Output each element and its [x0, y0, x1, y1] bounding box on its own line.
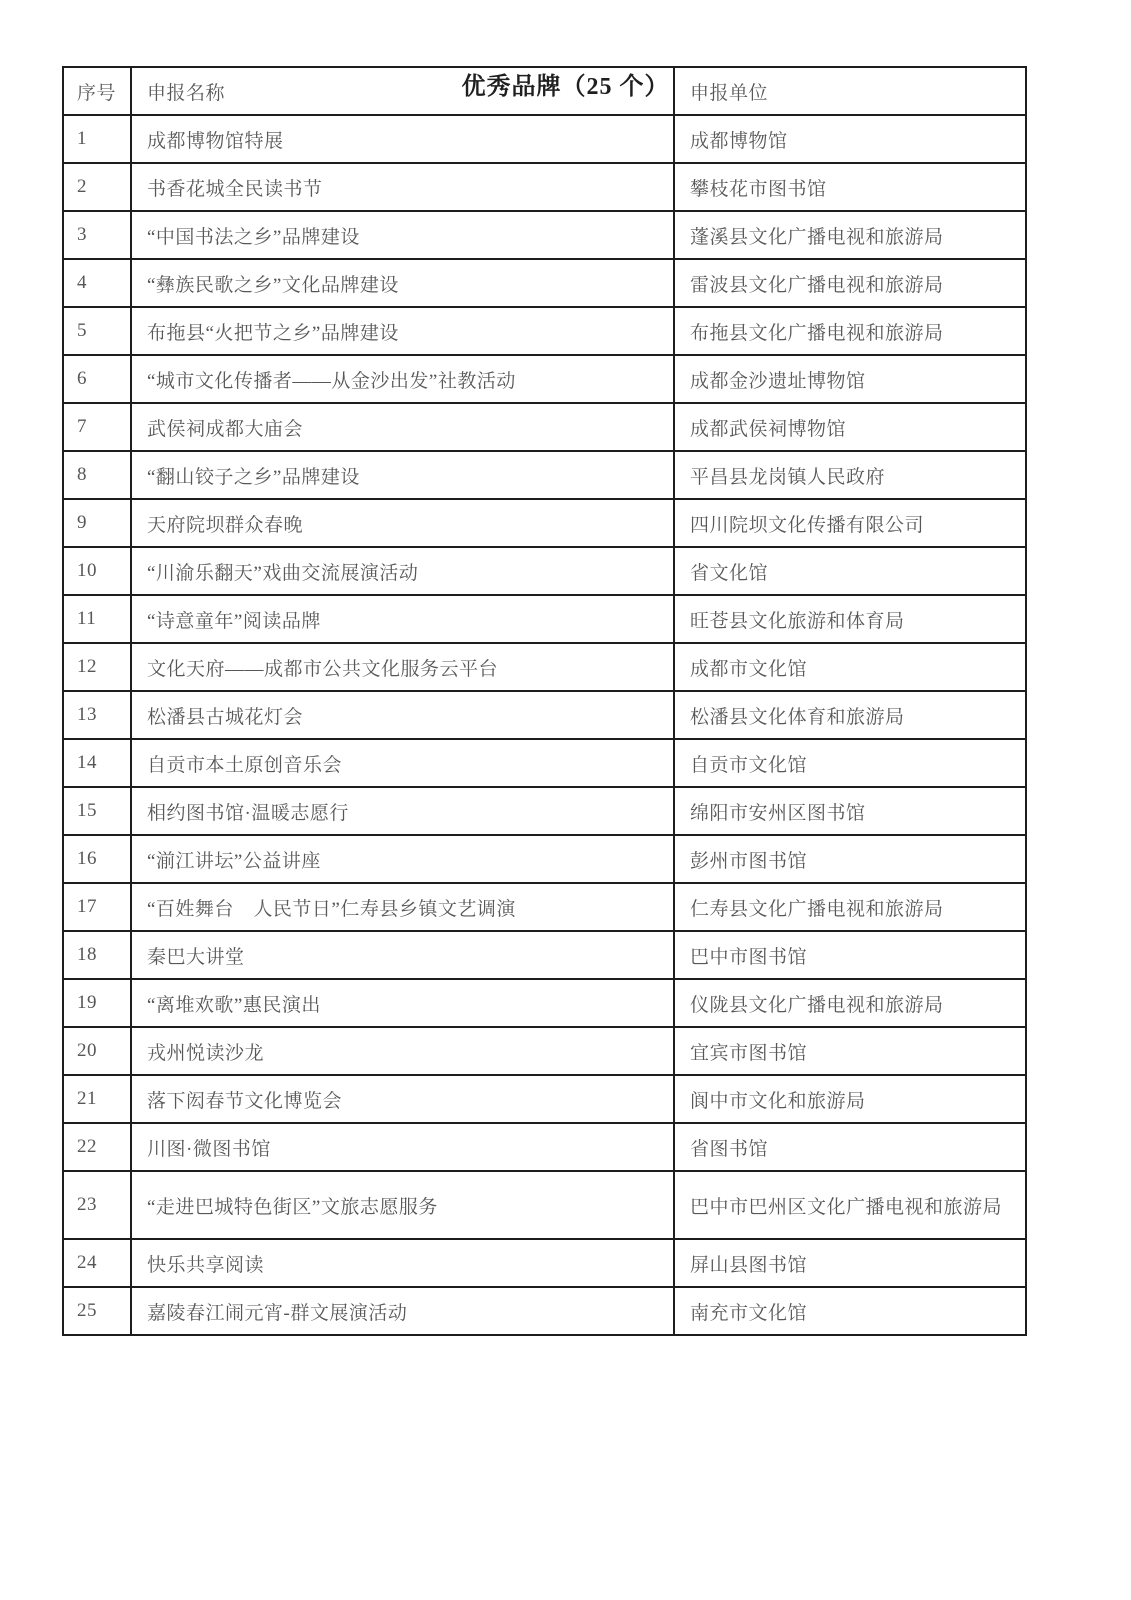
- table-row: 10“川渝乐翻天”戏曲交流展演活动省文化馆: [63, 547, 1026, 595]
- table-row: 22川图·微图书馆省图书馆: [63, 1123, 1026, 1171]
- report-name-cell: 自贡市本土原创音乐会: [131, 739, 674, 787]
- report-unit-cell: 平昌县龙岗镇人民政府: [674, 451, 1026, 499]
- row-number-cell: 1: [63, 115, 131, 163]
- header-cell-number: 序号: [63, 67, 131, 115]
- report-unit-cell: 雷波县文化广播电视和旅游局: [674, 259, 1026, 307]
- table-row: 5布拖县“火把节之乡”品牌建设布拖县文化广播电视和旅游局: [63, 307, 1026, 355]
- row-number-cell: 4: [63, 259, 131, 307]
- table-row: 13松潘县古城花灯会松潘县文化体育和旅游局: [63, 691, 1026, 739]
- table-body: 1成都博物馆特展成都博物馆2书香花城全民读书节攀枝花市图书馆3“中国书法之乡”品…: [63, 115, 1026, 1335]
- row-number-cell: 2: [63, 163, 131, 211]
- report-unit-cell: 省图书馆: [674, 1123, 1026, 1171]
- header-cell-unit: 申报单位: [674, 67, 1026, 115]
- table-row: 17“百姓舞台 人民节日”仁寿县乡镇文艺调演仁寿县文化广播电视和旅游局: [63, 883, 1026, 931]
- report-name-cell: 松潘县古城花灯会: [131, 691, 674, 739]
- row-number-cell: 7: [63, 403, 131, 451]
- report-unit-cell: 屏山县图书馆: [674, 1239, 1026, 1287]
- report-name-cell: “城市文化传播者——从金沙出发”社教活动: [131, 355, 674, 403]
- report-name-cell: “翻山铰子之乡”品牌建设: [131, 451, 674, 499]
- report-unit-cell: 巴中市图书馆: [674, 931, 1026, 979]
- report-name-cell: 成都博物馆特展: [131, 115, 674, 163]
- row-number-cell: 11: [63, 595, 131, 643]
- table-row: 14自贡市本土原创音乐会自贡市文化馆: [63, 739, 1026, 787]
- row-number-cell: 3: [63, 211, 131, 259]
- row-number-cell: 19: [63, 979, 131, 1027]
- table-row: 2书香花城全民读书节攀枝花市图书馆: [63, 163, 1026, 211]
- report-name-cell: “湔江讲坛”公益讲座: [131, 835, 674, 883]
- table-row: 25嘉陵春江闹元宵-群文展演活动南充市文化馆: [63, 1287, 1026, 1335]
- table-row: 24快乐共享阅读屏山县图书馆: [63, 1239, 1026, 1287]
- row-number-cell: 5: [63, 307, 131, 355]
- report-unit-cell: 旺苍县文化旅游和体育局: [674, 595, 1026, 643]
- table-row: 7武侯祠成都大庙会成都武侯祠博物馆: [63, 403, 1026, 451]
- report-name-cell: 书香花城全民读书节: [131, 163, 674, 211]
- report-name-cell: 文化天府——成都市公共文化服务云平台: [131, 643, 674, 691]
- row-number-cell: 6: [63, 355, 131, 403]
- table-row: 3“中国书法之乡”品牌建设蓬溪县文化广播电视和旅游局: [63, 211, 1026, 259]
- report-unit-cell: 成都金沙遗址博物馆: [674, 355, 1026, 403]
- row-number-cell: 15: [63, 787, 131, 835]
- table-row: 18秦巴大讲堂巴中市图书馆: [63, 931, 1026, 979]
- row-number-cell: 10: [63, 547, 131, 595]
- report-name-cell: “离堆欢歌”惠民演出: [131, 979, 674, 1027]
- row-number-cell: 17: [63, 883, 131, 931]
- table-row: 20戎州悦读沙龙宜宾市图书馆: [63, 1027, 1026, 1075]
- table-row: 8“翻山铰子之乡”品牌建设平昌县龙岗镇人民政府: [63, 451, 1026, 499]
- table-row: 15相约图书馆·温暖志愿行绵阳市安州区图书馆: [63, 787, 1026, 835]
- row-number-cell: 14: [63, 739, 131, 787]
- report-name-cell: 天府院坝群众春晚: [131, 499, 674, 547]
- report-unit-cell: 阆中市文化和旅游局: [674, 1075, 1026, 1123]
- page-title: 优秀品牌（25 个）: [0, 0, 1131, 66]
- report-unit-cell: 仪陇县文化广播电视和旅游局: [674, 979, 1026, 1027]
- row-number-cell: 9: [63, 499, 131, 547]
- report-unit-cell: 蓬溪县文化广播电视和旅游局: [674, 211, 1026, 259]
- table-row: 9天府院坝群众春晚四川院坝文化传播有限公司: [63, 499, 1026, 547]
- row-number-cell: 21: [63, 1075, 131, 1123]
- row-number-cell: 8: [63, 451, 131, 499]
- table-row: 11“诗意童年”阅读品牌旺苍县文化旅游和体育局: [63, 595, 1026, 643]
- report-unit-cell: 宜宾市图书馆: [674, 1027, 1026, 1075]
- report-name-cell: “诗意童年”阅读品牌: [131, 595, 674, 643]
- table-row: 6“城市文化传播者——从金沙出发”社教活动成都金沙遗址博物馆: [63, 355, 1026, 403]
- report-name-cell: 武侯祠成都大庙会: [131, 403, 674, 451]
- report-name-cell: 嘉陵春江闹元宵-群文展演活动: [131, 1287, 674, 1335]
- row-number-cell: 20: [63, 1027, 131, 1075]
- row-number-cell: 23: [63, 1171, 131, 1239]
- report-unit-cell: 仁寿县文化广播电视和旅游局: [674, 883, 1026, 931]
- report-unit-cell: 四川院坝文化传播有限公司: [674, 499, 1026, 547]
- row-number-cell: 18: [63, 931, 131, 979]
- table-row: 21落下闳春节文化博览会阆中市文化和旅游局: [63, 1075, 1026, 1123]
- row-number-cell: 16: [63, 835, 131, 883]
- report-unit-cell: 成都武侯祠博物馆: [674, 403, 1026, 451]
- row-number-cell: 24: [63, 1239, 131, 1287]
- row-number-cell: 12: [63, 643, 131, 691]
- table-row: 23“走进巴城特色街区”文旅志愿服务巴中市巴州区文化广播电视和旅游局: [63, 1171, 1026, 1239]
- report-unit-cell: 省文化馆: [674, 547, 1026, 595]
- report-name-cell: “百姓舞台 人民节日”仁寿县乡镇文艺调演: [131, 883, 674, 931]
- report-unit-cell: 南充市文化馆: [674, 1287, 1026, 1335]
- row-number-cell: 13: [63, 691, 131, 739]
- report-name-cell: 相约图书馆·温暖志愿行: [131, 787, 674, 835]
- report-unit-cell: 攀枝花市图书馆: [674, 163, 1026, 211]
- report-name-cell: “走进巴城特色街区”文旅志愿服务: [131, 1171, 674, 1239]
- report-unit-cell: 成都市文化馆: [674, 643, 1026, 691]
- report-unit-cell: 布拖县文化广播电视和旅游局: [674, 307, 1026, 355]
- report-name-cell: “中国书法之乡”品牌建设: [131, 211, 674, 259]
- report-unit-cell: 绵阳市安州区图书馆: [674, 787, 1026, 835]
- report-unit-cell: 成都博物馆: [674, 115, 1026, 163]
- table-row: 12文化天府——成都市公共文化服务云平台成都市文化馆: [63, 643, 1026, 691]
- brands-table: 序号 申报名称 申报单位 1成都博物馆特展成都博物馆2书香花城全民读书节攀枝花市…: [62, 66, 1027, 1336]
- report-name-cell: 川图·微图书馆: [131, 1123, 674, 1171]
- report-unit-cell: 自贡市文化馆: [674, 739, 1026, 787]
- report-name-cell: “川渝乐翻天”戏曲交流展演活动: [131, 547, 674, 595]
- row-number-cell: 22: [63, 1123, 131, 1171]
- report-name-cell: 落下闳春节文化博览会: [131, 1075, 674, 1123]
- report-unit-cell: 松潘县文化体育和旅游局: [674, 691, 1026, 739]
- table-row: 1成都博物馆特展成都博物馆: [63, 115, 1026, 163]
- report-name-cell: “彝族民歌之乡”文化品牌建设: [131, 259, 674, 307]
- table-row: 19“离堆欢歌”惠民演出仪陇县文化广播电视和旅游局: [63, 979, 1026, 1027]
- report-name-cell: 戎州悦读沙龙: [131, 1027, 674, 1075]
- report-name-cell: 快乐共享阅读: [131, 1239, 674, 1287]
- row-number-cell: 25: [63, 1287, 131, 1335]
- report-unit-cell: 巴中市巴州区文化广播电视和旅游局: [674, 1171, 1026, 1239]
- report-unit-cell: 彭州市图书馆: [674, 835, 1026, 883]
- report-name-cell: 布拖县“火把节之乡”品牌建设: [131, 307, 674, 355]
- report-name-cell: 秦巴大讲堂: [131, 931, 674, 979]
- table-row: 4“彝族民歌之乡”文化品牌建设雷波县文化广播电视和旅游局: [63, 259, 1026, 307]
- table-row: 16“湔江讲坛”公益讲座彭州市图书馆: [63, 835, 1026, 883]
